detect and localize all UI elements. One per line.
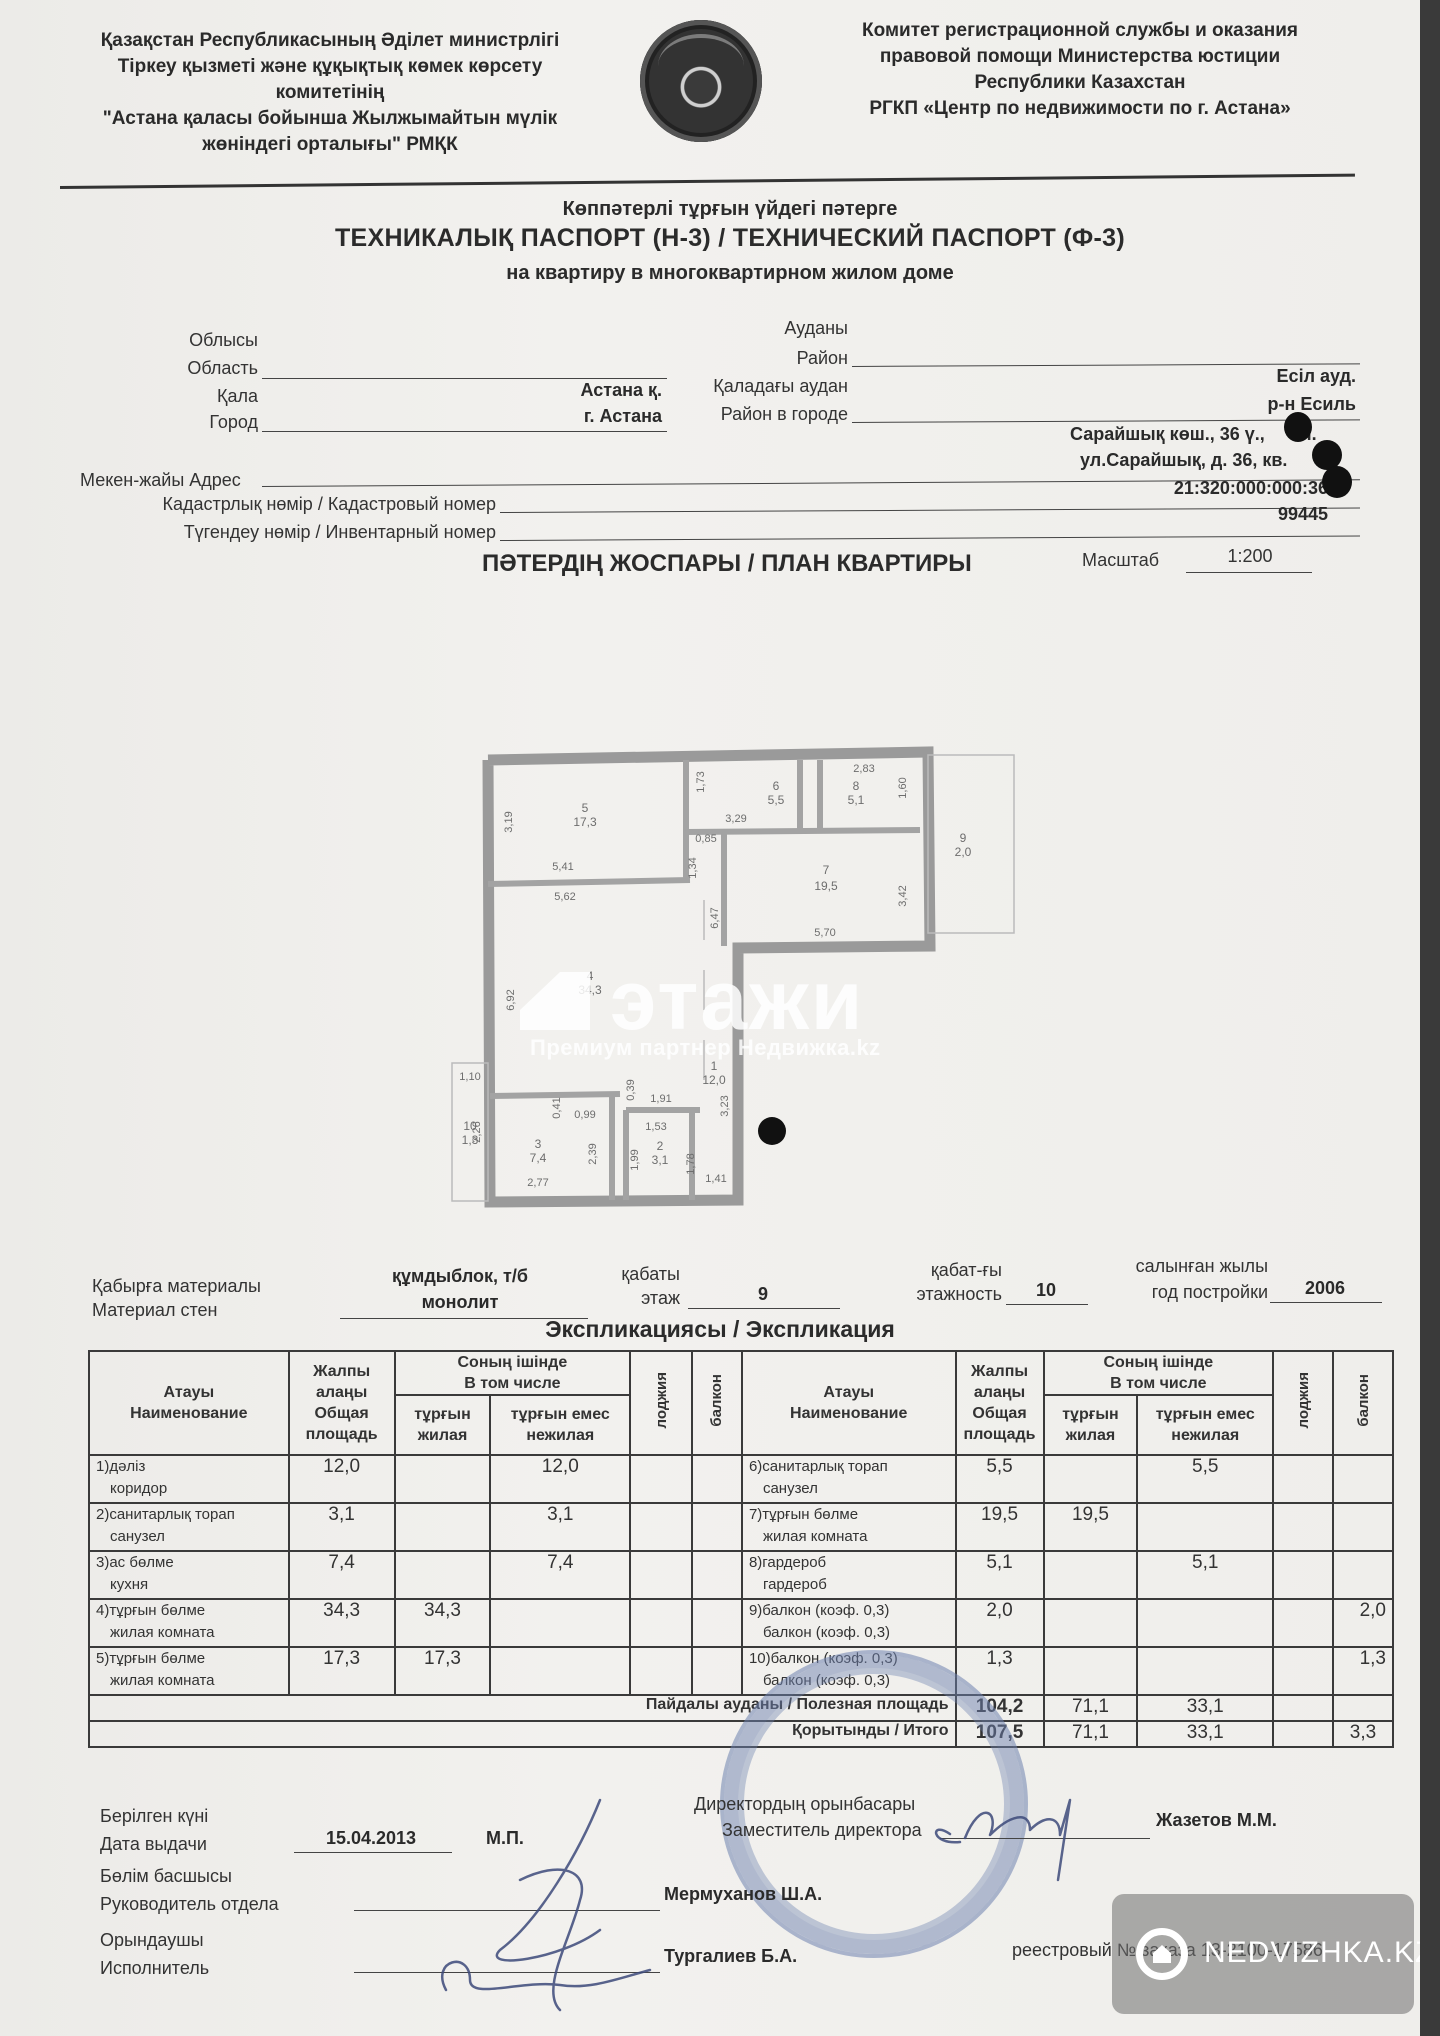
nedvizhka-watermark-badge: NEDVIZHKA.KZ	[1112, 1894, 1414, 2014]
house-pin-icon	[1136, 1928, 1188, 1980]
technical-passport-page: Қазақстан Республикасының Әділет министр…	[0, 0, 1420, 2036]
badge-text: NEDVIZHKA.KZ	[1204, 1936, 1434, 1970]
handwritten-signatures	[0, 0, 1440, 2036]
photo-background-edge	[1420, 0, 1440, 2036]
